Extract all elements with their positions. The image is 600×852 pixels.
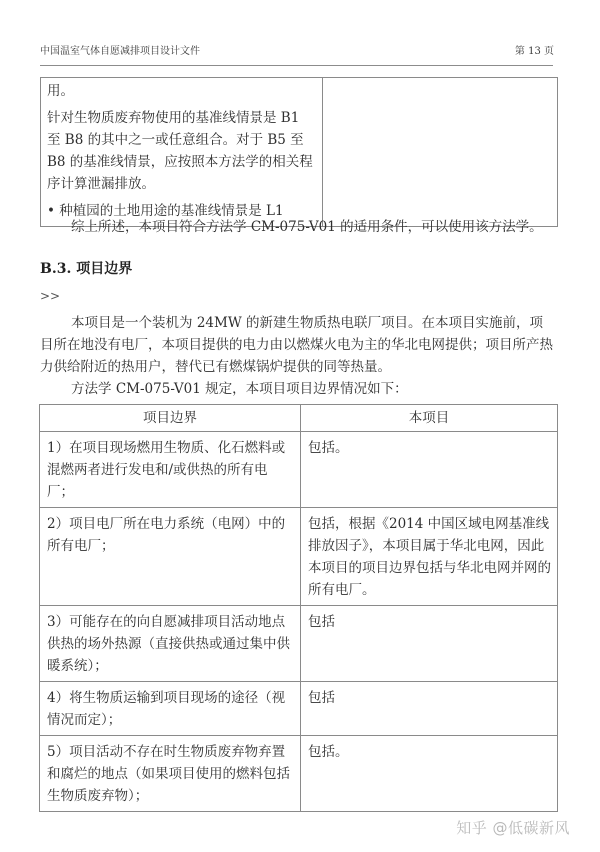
- boundary-cell: 4）将生物质运输到项目现场的途径（视情况而定）；: [40, 682, 301, 736]
- boundary-cell: 2）项目电厂所在电力系统（电网）中的所有电厂；: [40, 508, 301, 606]
- document-title: 中国温室气体自愿减排项目设计文件: [40, 42, 200, 57]
- watermark: 知乎 @低碳新风: [456, 817, 570, 838]
- biomass-baseline-paragraph: 针对生物质废弃物使用的基准线情景是 B1 至 B8 的其中之一或任意组合。对于 …: [47, 107, 317, 195]
- project-boundary-table: 项目边界 本项目 1）在项目现场燃用生物质、化石燃料或混燃两者进行发电和/或供热…: [39, 404, 558, 812]
- table-row: 2）项目电厂所在电力系统（电网）中的所有电厂； 包括，根据《2014 中国区域电…: [40, 508, 558, 606]
- summary-paragraph: 综上所述，本项目符合方法学 CM-075-V01 的适用条件，可以使用该方法学。: [40, 216, 556, 238]
- applicability-cell: 用。 针对生物质废弃物使用的基准线情景是 B1 至 B8 的其中之一或任意组合。…: [41, 78, 323, 227]
- boundary-cell: 1）在项目现场燃用生物质、化石燃料或混燃两者进行发电和/或供热的所有电厂；: [40, 432, 301, 508]
- status-cell: 包括。: [301, 736, 558, 812]
- page-number: 第 13 页: [515, 42, 554, 57]
- status-cell: 包括，根据《2014 中国区域电网基准线排放因子》，本项目属于华北电网，因此本项…: [301, 508, 558, 606]
- table-row: 3）可能存在的向自愿减排项目活动地点供热的场外热源（直接供热或通过集中供暖系统）…: [40, 606, 558, 682]
- table-row: 用。 针对生物质废弃物使用的基准线情景是 B1 至 B8 的其中之一或任意组合。…: [41, 78, 558, 227]
- lead-paragraph: 方法学 CM-075-V01 规定，本项目项目边界情况如下：: [40, 378, 556, 400]
- section-title: B.3. 项目边界: [40, 258, 132, 278]
- column-header-project: 本项目: [301, 405, 558, 432]
- header-divider: [40, 65, 553, 66]
- empty-cell: [323, 78, 558, 227]
- table-row: 4）将生物质运输到项目现场的途径（视情况而定）； 包括: [40, 682, 558, 736]
- status-cell: 包括: [301, 606, 558, 682]
- page-header: 中国温室气体自愿减排项目设计文件 第 13 页: [40, 38, 554, 58]
- section-marker: >>: [40, 289, 60, 303]
- status-cell: 包括。: [301, 432, 558, 508]
- line-fragment: 用。: [47, 80, 317, 102]
- table-row: 5）项目活动不存在时生物质废弃物弃置和腐烂的地点（如果项目使用的燃料包括生物质废…: [40, 736, 558, 812]
- table-row: 1）在项目现场燃用生物质、化石燃料或混燃两者进行发电和/或供热的所有电厂； 包括…: [40, 432, 558, 508]
- status-cell: 包括: [301, 682, 558, 736]
- intro-paragraph: 本项目是一个装机为 24MW 的新建生物质热电联厂项目。在本项目实施前，项目所在…: [40, 312, 556, 378]
- boundary-cell: 5）项目活动不存在时生物质废弃物弃置和腐烂的地点（如果项目使用的燃料包括生物质废…: [40, 736, 301, 812]
- table-header-row: 项目边界 本项目: [40, 405, 558, 432]
- applicability-table-continued: 用。 针对生物质废弃物使用的基准线情景是 B1 至 B8 的其中之一或任意组合。…: [40, 77, 558, 227]
- boundary-cell: 3）可能存在的向自愿减排项目活动地点供热的场外热源（直接供热或通过集中供暖系统）…: [40, 606, 301, 682]
- column-header-boundary: 项目边界: [40, 405, 301, 432]
